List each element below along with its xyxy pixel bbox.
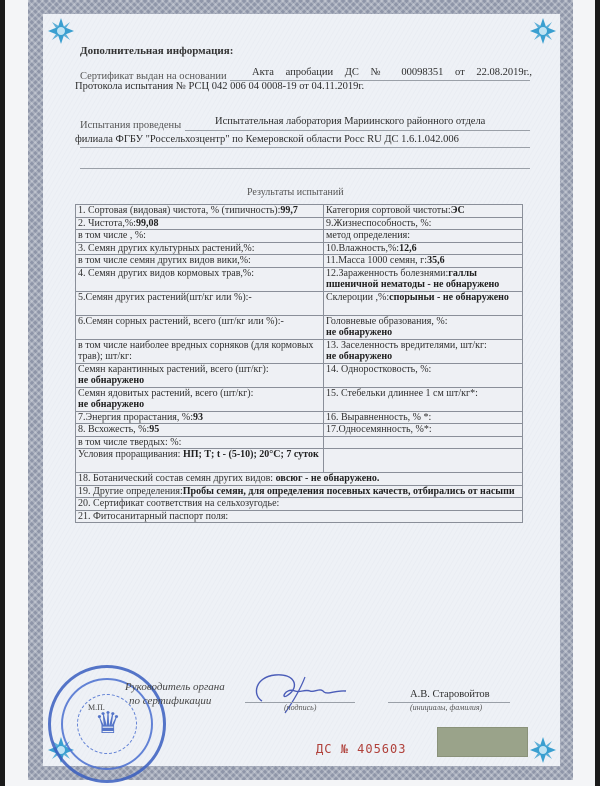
cell-label: Категория сортовой чистоты: — [326, 205, 451, 216]
cell-label: Семян карантинных растений, всего (шт/кг… — [78, 364, 269, 375]
issued-basis-value: Акта апробации ДС № 00098351 от 22.08.20… — [252, 67, 532, 78]
table-row: в том числе , %:метод определения: — [76, 230, 523, 243]
cell-value: не обнаружено — [78, 375, 144, 386]
seal-mark: М.П. — [88, 703, 105, 712]
table-cell: Условия проращивания: НП; Т; t - (5-10);… — [76, 449, 324, 473]
cell-value: не обнаружено — [326, 351, 392, 362]
table-cell: 7.Энергия прорастания, %:93 — [76, 411, 324, 424]
table-cell: 19. Другие определения:Пробы семян, для … — [76, 485, 523, 498]
results-table: 1. Сортовая (видовая) чистота, % (типичн… — [75, 204, 523, 523]
table-row: Условия проращивания: НП; Т; t - (5-10);… — [76, 449, 523, 473]
underline — [80, 168, 530, 169]
table-cell: Головневые образования, %:не обнаружено — [324, 315, 523, 339]
tests-conducted-line2: филиала ФГБУ "Россельхозцентр" по Кемеро… — [75, 134, 459, 145]
cell-label: Семян ядовитых растений, всего (шт/кг): — [78, 388, 253, 399]
cell-label: 13. Заселенность вредителями, шт/кг: — [326, 340, 487, 351]
table-cell: в том числе семян других видов вики,%: — [76, 255, 324, 268]
cell-label: 8. Всхожесть, %: — [78, 424, 149, 435]
table-row: 6.Семян сорных растений, всего (шт/кг ил… — [76, 315, 523, 339]
head-of-certification-label: Руководитель органа по сертификации — [125, 680, 225, 708]
table-cell: Семян ядовитых растений, всего (шт/кг):н… — [76, 387, 324, 411]
table-cell: метод определения: — [324, 230, 523, 243]
cell-value: 99,7 — [280, 205, 298, 216]
table-row: 2. Чистота,%:99,089.Жизнеспособность, %: — [76, 217, 523, 230]
cell-label: в том числе наиболее вредных сорняков (д… — [78, 340, 313, 363]
table-row: 8. Всхожесть, %:9517.Односемянность, %*: — [76, 424, 523, 437]
table-row: 21. Фитосанитарный паспорт поля: — [76, 510, 523, 523]
cell-label: 6.Семян сорных растений, всего (шт/кг ил… — [78, 316, 284, 327]
table-cell: 5.Семян других растений(шт/кг или %):- — [76, 291, 324, 315]
corner-star-icon — [530, 18, 556, 44]
table-row: 20. Сертификат соответствия на сельхозуг… — [76, 498, 523, 511]
name-caption: (инициалы, фамилия) — [410, 703, 482, 712]
head-label-line2: по сертификации — [125, 694, 225, 708]
corner-star-icon — [48, 18, 74, 44]
additional-info-heading: Дополнительная информация: — [80, 45, 233, 57]
cell-label: 12.Зараженность болезнями: — [326, 268, 448, 279]
table-row: 1. Сортовая (видовая) чистота, % (типичн… — [76, 205, 523, 218]
table-cell: 1. Сортовая (видовая) чистота, % (типичн… — [76, 205, 324, 218]
table-cell: Категория сортовой чистоты:ЭС — [324, 205, 523, 218]
hologram-sticker — [437, 727, 528, 757]
cell-label: 5.Семян других растений(шт/кг или %):- — [78, 292, 252, 303]
cell-label: 17.Односемянность, %*: — [326, 424, 432, 435]
table-cell: 17.Односемянность, %*: — [324, 424, 523, 437]
cell-label: 3. Семян других культурных растений,%: — [78, 243, 255, 254]
cell-value: НП; Т; t - (5-10); 20°С; 7 суток — [183, 449, 319, 460]
underline — [80, 147, 530, 148]
table-cell: 2. Чистота,%:99,08 — [76, 217, 324, 230]
table-cell: в том числе наиболее вредных сорняков (д… — [76, 339, 324, 363]
tests-conducted-label: Испытания проведены — [80, 120, 181, 131]
table-cell: 20. Сертификат соответствия на сельхозуг… — [76, 498, 523, 511]
table-cell: 15. Стебельки длиннее 1 см шт/кг*: — [324, 387, 523, 411]
corner-star-icon — [530, 737, 556, 763]
table-cell: 4. Семян других видов кормовых трав,%: — [76, 267, 324, 291]
table-cell: в том числе твердых: %: — [76, 436, 324, 449]
table-cell: 9.Жизнеспособность, %: — [324, 217, 523, 230]
cell-value: не обнаружено — [326, 327, 392, 338]
cell-label: 7.Энергия прорастания, %: — [78, 412, 193, 423]
cell-value: не обнаружено — [78, 399, 144, 410]
table-row: 18. Ботанический состав семян других вид… — [76, 473, 523, 486]
cell-label: Склероции ,%: — [326, 292, 389, 303]
cell-label: 16. Выравненность, % *: — [326, 412, 431, 423]
table-cell: 13. Заселенность вредителями, шт/кг:не о… — [324, 339, 523, 363]
table-row: 19. Другие определения:Пробы семян, для … — [76, 485, 523, 498]
table-row: 5.Семян других растений(шт/кг или %):-Ск… — [76, 291, 523, 315]
cell-value: овсюг - не обнаружено. — [276, 473, 380, 484]
cell-value: 93 — [193, 412, 203, 423]
table-cell: 6.Семян сорных растений, всего (шт/кг ил… — [76, 315, 324, 339]
certificate-serial-number: ДС № 405603 — [316, 742, 406, 756]
cell-label: в том числе , %: — [78, 230, 146, 241]
signature-caption: (подпись) — [284, 703, 316, 712]
protocol-line: Протокола испытания № РСЦ 042 006 04 000… — [75, 81, 364, 92]
table-cell: 3. Семян других культурных растений,%: — [76, 242, 324, 255]
cell-value: спорыньи - не обнаружено — [389, 292, 509, 303]
underline — [185, 130, 530, 131]
cell-value: 12,6 — [399, 243, 417, 254]
cell-label: 20. Сертификат соответствия на сельхозуг… — [78, 498, 279, 509]
results-heading: Результаты испытаний — [247, 187, 344, 198]
tests-conducted-line1: Испытательная лаборатория Мариинского ра… — [215, 116, 485, 127]
cell-label: метод определения: — [326, 230, 410, 241]
table-cell: 18. Ботанический состав семян других вид… — [76, 473, 523, 486]
table-row: 7.Энергия прорастания, %:9316. Выравненн… — [76, 411, 523, 424]
cell-label: 1. Сортовая (видовая) чистота, % (типичн… — [78, 205, 280, 216]
cell-label: 14. Одноростковость, %: — [326, 364, 431, 375]
table-cell: Склероции ,%:спорыньи - не обнаружено — [324, 291, 523, 315]
table-cell: 14. Одноростковость, %: — [324, 363, 523, 387]
head-label-line1: Руководитель органа — [125, 680, 225, 694]
cell-label: 2. Чистота,%: — [78, 218, 136, 229]
cell-label: в том числе семян других видов вики,%: — [78, 255, 251, 266]
table-row: 4. Семян других видов кормовых трав,%:12… — [76, 267, 523, 291]
table-cell — [324, 436, 523, 449]
table-cell: 11.Масса 1000 семян, г:35,6 — [324, 255, 523, 268]
cell-label: 18. Ботанический состав семян других вид… — [78, 473, 276, 484]
table-row: Семян ядовитых растений, всего (шт/кг):н… — [76, 387, 523, 411]
cell-label: 9.Жизнеспособность, %: — [326, 218, 431, 229]
table-cell: 12.Зараженность болезнями:галлы пшенично… — [324, 267, 523, 291]
table-cell: в том числе , %: — [76, 230, 324, 243]
table-cell: 10.Влажность,%:12,6 — [324, 242, 523, 255]
table-row: в том числе наиболее вредных сорняков (д… — [76, 339, 523, 363]
table-row: Семян карантинных растений, всего (шт/кг… — [76, 363, 523, 387]
table-cell: 16. Выравненность, % *: — [324, 411, 523, 424]
table-row: в том числе семян других видов вики,%:11… — [76, 255, 523, 268]
cell-label: 11.Масса 1000 семян, г: — [326, 255, 427, 266]
table-cell: Семян карантинных растений, всего (шт/кг… — [76, 363, 324, 387]
table-cell — [324, 449, 523, 473]
cell-label: 10.Влажность,%: — [326, 243, 399, 254]
cell-label: 19. Другие определения: — [78, 486, 183, 497]
cell-value: 35,6 — [427, 255, 445, 266]
table-cell: 21. Фитосанитарный паспорт поля: — [76, 510, 523, 523]
cell-label: Условия проращивания: — [78, 449, 183, 460]
table-row: в том числе твердых: %: — [76, 436, 523, 449]
signatory-name: А.В. Старовойтов — [410, 689, 490, 700]
table-row: 3. Семян других культурных растений,%:10… — [76, 242, 523, 255]
cell-label: в том числе твердых: %: — [78, 437, 181, 448]
cell-label: 4. Семян других видов кормовых трав,%: — [78, 268, 254, 279]
table-cell: 8. Всхожесть, %:95 — [76, 424, 324, 437]
cell-value: Пробы семян, для определения посевных ка… — [183, 486, 515, 497]
cell-value: 99,08 — [136, 218, 159, 229]
cell-label: 21. Фитосанитарный паспорт поля: — [78, 511, 228, 522]
cell-value: ЭС — [451, 205, 465, 216]
cell-label: 15. Стебельки длиннее 1 см шт/кг*: — [326, 388, 478, 399]
cell-label: Головневые образования, %: — [326, 316, 448, 327]
cell-value: 95 — [149, 424, 159, 435]
